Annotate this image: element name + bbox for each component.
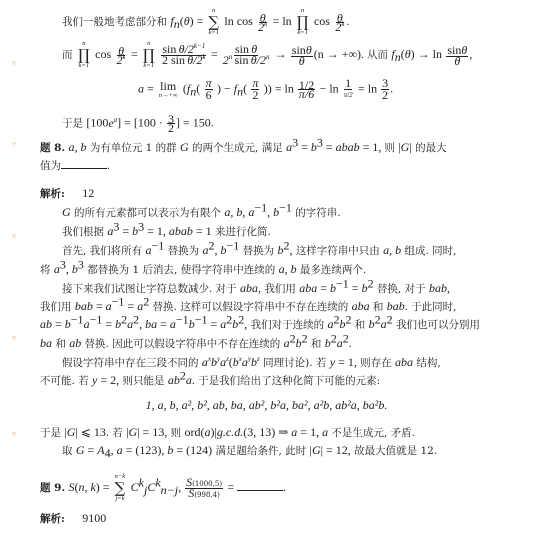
answer-value: 12 bbox=[82, 186, 94, 200]
solution-text: 的所有元素都可以表示为有限个 bbox=[74, 207, 221, 219]
solution-text: 替换, 对于 bbox=[377, 283, 426, 295]
problem-8-statement-line2: 值为. bbox=[40, 158, 110, 173]
solution-text: 我们用 bbox=[40, 301, 72, 313]
solution-text: 则只能是 bbox=[122, 375, 164, 387]
solution-text: 我们也可以分别用 bbox=[396, 319, 480, 331]
problem-label: 题 9. bbox=[40, 482, 65, 494]
solution-text: 则 bbox=[171, 427, 182, 439]
solution-text: 结构, bbox=[416, 357, 440, 369]
answer-label: 解析: bbox=[40, 513, 65, 525]
solution-text: 不可能. 若 bbox=[40, 375, 89, 387]
answer-label: 解析: bbox=[40, 188, 65, 200]
solution-text: 这样字符串中只由 bbox=[296, 245, 380, 257]
solution-text: 首先, 我们将所有 bbox=[62, 245, 142, 257]
sum-operator: n∑k=1 bbox=[208, 7, 219, 37]
solution-text: 来进行化简. bbox=[215, 226, 271, 238]
solution-line: 取 G = A4, a = (123), b = (124) 满足题给条件, 此… bbox=[62, 443, 437, 458]
solution-text: 替换为 bbox=[243, 245, 275, 257]
margin-marker bbox=[11, 234, 17, 239]
solution-text: 同理讨论). 若 bbox=[263, 357, 326, 369]
solution-line: 将 a3, b3 都替换为 1 后消去, 使得字符串中连续的 a, b 最多连续… bbox=[40, 262, 366, 277]
problem-text: 为有单位元 1 的群 bbox=[90, 142, 177, 154]
solution-text: 满足题给条件, 此时 bbox=[216, 445, 307, 457]
problem-text: 的两个生成元, 满足 bbox=[192, 142, 283, 154]
margin-marker bbox=[11, 336, 17, 341]
solution-line: 我们根据 a3 = b3 = 1, abab = 1 来进行化简. bbox=[62, 224, 271, 239]
solution-text: 于是 bbox=[40, 427, 61, 439]
solution-text: 最多连续两个. bbox=[300, 264, 366, 276]
limit-equation: a = limn→+∞ (fn( π6 ) − fn( π2 )) = ln 1… bbox=[138, 78, 393, 101]
solution-text: 和 bbox=[355, 319, 366, 331]
answer-value: 9100 bbox=[82, 511, 106, 525]
solution-text: 我们对于连续的 bbox=[251, 319, 325, 331]
solution-text: 和 bbox=[373, 301, 384, 313]
intro-text: 从而 bbox=[367, 49, 388, 61]
solution-text: 组成. 同时, bbox=[405, 245, 457, 257]
problem-9-statement: 题 9. S(n, k) = n−k∑j=k CkjCkn−j, S(1000,… bbox=[40, 473, 286, 503]
elements-list: 1, a, b, a², b², ab, ba, ab², b²a, ba², … bbox=[0, 398, 533, 413]
solution-text: 取 bbox=[62, 445, 73, 457]
conclusion-line: 于是 [100ea] = [100 · 32] = 150. bbox=[62, 115, 214, 132]
solution-text: 替换. 因此可以假设字符串中不存在连续的 bbox=[85, 338, 281, 350]
solution-text: 将 bbox=[40, 264, 51, 276]
solution-text: 若 bbox=[112, 427, 123, 439]
margin-marker bbox=[11, 432, 17, 437]
solution-text: 则存在 bbox=[360, 357, 392, 369]
answer-blank bbox=[61, 158, 107, 169]
solution-line: ab = b−1a−1 = b2a2, ba = a−1b−1 = a2b2, … bbox=[40, 317, 480, 332]
intro-text: 于是 bbox=[62, 118, 83, 130]
solution-line: ba 和 ab 替换. 因此可以假设字符串中不存在连续的 a2b2 和 b2a2… bbox=[40, 336, 352, 351]
solution-text: 和 bbox=[311, 338, 322, 350]
solution-line: 不可能. 若 y = 2, 则只能是 ab2a. 于是我们给出了这种化简下可能的… bbox=[40, 373, 380, 388]
problem-text: 则 bbox=[384, 142, 395, 154]
elements-list-text: 1, a, b, a², b², ab, ba, ab², b²a, ba², … bbox=[146, 398, 388, 412]
problem-label: 题 8. bbox=[40, 142, 65, 154]
solution-text: 不是生成元, 矛盾. bbox=[331, 427, 415, 439]
solution-text: 假设字符串中存在三段不同的 bbox=[62, 357, 199, 369]
solution-text: 都替换为 1 后消去, 使得字符串中连续的 bbox=[87, 264, 275, 276]
solution-text: 的字符串. bbox=[295, 207, 340, 219]
solution-text: 故最大值就是 12. bbox=[354, 445, 437, 457]
problem-9-answer: 解析: 9100 bbox=[40, 511, 106, 526]
solution-text: 替换. 这样可以假设字符串中不存在连续的 bbox=[153, 301, 349, 313]
solution-text: 接下来我们试图让字符总数减少. 对于 bbox=[62, 283, 237, 295]
solution-line: 于是 |G| ⩽ 13. 若 |G| = 13, 则 ord(a)|g.c.d.… bbox=[40, 425, 415, 440]
intro-line-1: 我们一般地考虑部分和 fn(θ) = n∑k=1 ln cos θ2k = ln… bbox=[62, 7, 349, 37]
solution-line: 我们用 bab = a−1 = a2 替换. 这样可以假设字符串中不存在连续的 … bbox=[40, 299, 456, 314]
solution-line: G 的所有元素都可以表示为有限个 a, b, a−1, b−1 的字符串. bbox=[62, 205, 341, 220]
intro-line-2: 而 n∏k=1 cos θ2k = n∏k=1 sin θ/2k−12 sin … bbox=[62, 40, 472, 70]
solution-text: 我们用 bbox=[264, 283, 296, 295]
problem-8-answer: 解析: 12 bbox=[40, 186, 94, 201]
solution-line: 首先, 我们将所有 a−1 替换为 a2, b−1 替换为 b2, 这样字符串中… bbox=[62, 243, 457, 258]
answer-blank bbox=[237, 480, 283, 491]
solution-text: 于此同时, bbox=[411, 301, 456, 313]
solution-text: 我们根据 bbox=[62, 226, 104, 238]
problem-8-statement: 题 8. a, b 为有单位元 1 的群 G 的两个生成元, 满足 a3 = b… bbox=[40, 140, 447, 155]
product-operator: n∏k=1 bbox=[297, 7, 309, 37]
solution-line: 假设字符串中存在三段不同的 axbyaz(bxaybz 同理讨论). 若 y =… bbox=[62, 355, 441, 370]
margin-marker bbox=[11, 61, 17, 66]
solution-text: 和 bbox=[55, 338, 66, 350]
problem-text: 的最大 bbox=[415, 142, 447, 154]
problem-text: 值为 bbox=[40, 160, 61, 172]
solution-text: 于是我们给出了这种化简下可能的元素: bbox=[198, 375, 380, 387]
intro-text: 而 bbox=[62, 49, 73, 61]
solution-text: 替换为 bbox=[168, 245, 200, 257]
intro-text: 我们一般地考虑部分和 bbox=[62, 16, 167, 28]
margin-marker bbox=[11, 142, 17, 147]
